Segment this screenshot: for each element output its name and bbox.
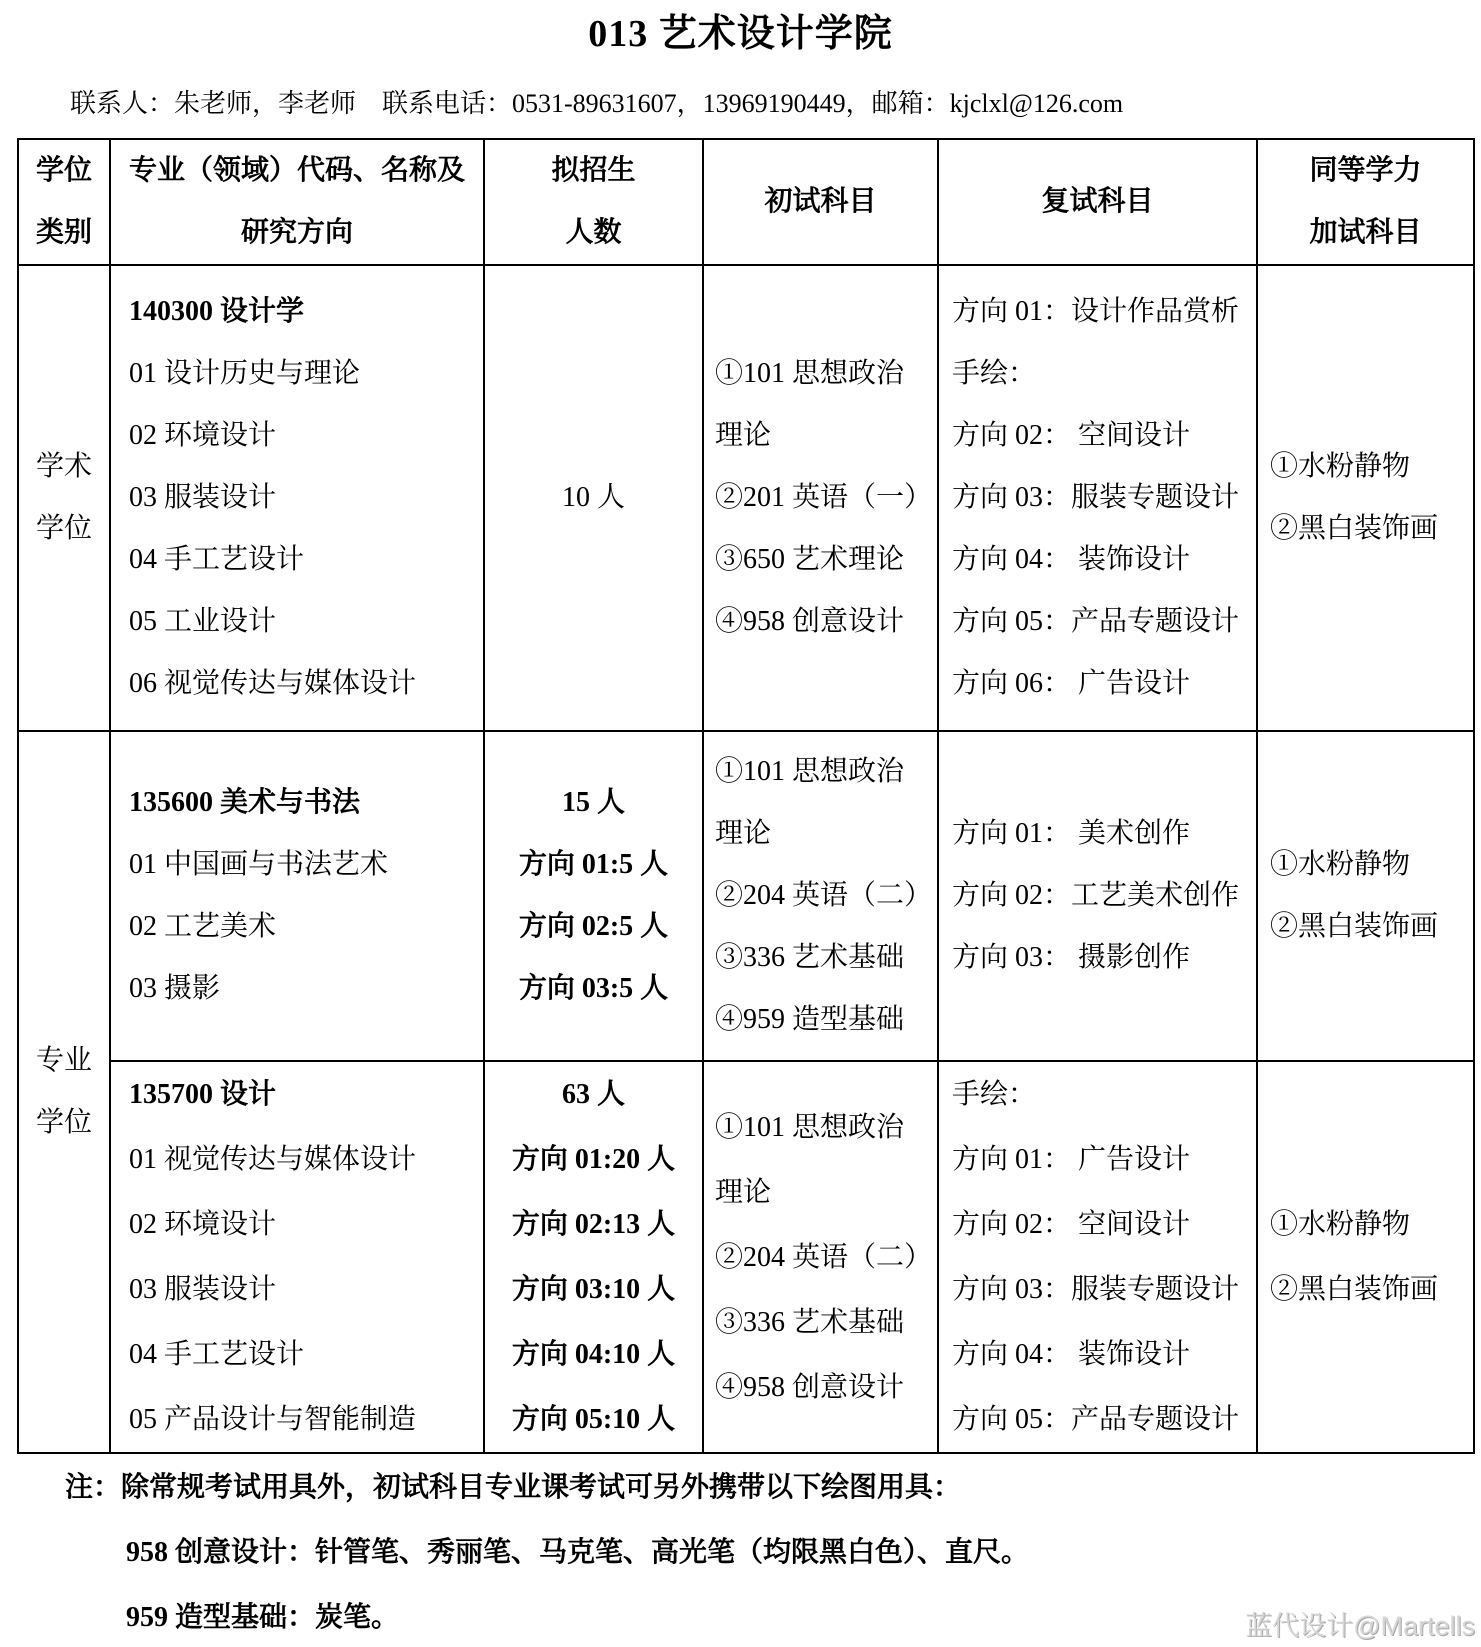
text-line: 人数 xyxy=(485,202,702,264)
text-line: ③650 艺术理论 xyxy=(715,529,937,591)
text-line: 06 视觉传达与媒体设计 xyxy=(129,653,483,715)
text-line: ①水粉静物 xyxy=(1270,1192,1473,1257)
text-line: 学位 xyxy=(19,1092,109,1154)
text-line: 02 环境设计 xyxy=(129,1192,483,1257)
text-line: 手绘： xyxy=(952,343,1256,405)
text-line: ④958 创意设计 xyxy=(715,591,937,653)
text-line: 03 服装设计 xyxy=(129,1257,483,1322)
text-line: 方向 04： 装饰设计 xyxy=(952,529,1256,591)
text-line: ②204 英语（二） xyxy=(715,865,937,927)
cell-degree-type-academic: 学术学位 xyxy=(18,265,110,731)
text-line: 加试科目 xyxy=(1258,202,1473,264)
text-line: 02 工艺美术 xyxy=(129,896,483,958)
cell-program-135600: 135600 美术与书法 01 中国画与书法艺术02 工艺美术03 摄影 xyxy=(110,731,484,1061)
text-line: 研究方向 xyxy=(111,202,483,264)
header-quota: 拟招生人数 xyxy=(484,139,703,265)
watermark: 蓝代设计@Martells xyxy=(1245,1604,1475,1643)
text-line: 方向 03:5 人 xyxy=(485,958,702,1020)
text-line: 初试科目 xyxy=(704,171,937,233)
cell-quota-135700: 63 人方向 01:20 人方向 02:13 人方向 03:10 人方向 04:… xyxy=(484,1061,703,1453)
text-line: 方向 02:5 人 xyxy=(485,896,702,958)
text-line: 05 工业设计 xyxy=(129,591,483,653)
text-line: 方向 03：服装专题设计 xyxy=(952,1257,1256,1322)
text-line: 专业 xyxy=(19,1030,109,1092)
text-line: 手绘： xyxy=(952,1062,1256,1127)
text-line: 理论 xyxy=(715,1160,937,1225)
text-line: 方向 01： 美术创作 xyxy=(952,803,1256,865)
text-line: 拟招生 xyxy=(485,140,702,202)
text-line: 方向 02:13 人 xyxy=(485,1192,702,1257)
text-line: ①101 思想政治 xyxy=(715,343,937,405)
table-header-row: 学位类别 专业（领域）代码、名称及研究方向 拟招生人数 初试科目 复试科目 同等… xyxy=(18,139,1474,265)
text-line: ②黑白装饰画 xyxy=(1270,896,1473,958)
text-line: 方向 04:10 人 xyxy=(485,1322,702,1387)
cell-program-135700: 135700 设计 01 视觉传达与媒体设计02 环境设计03 服装设计04 手… xyxy=(110,1061,484,1453)
table-row-academic-140300: 学术学位 140300 设计学 01 设计历史与理论02 环境设计03 服装设计… xyxy=(18,265,1474,731)
text-line: 方向 05：产品专题设计 xyxy=(952,591,1256,653)
cell-initial-exam-135700: ①101 思想政治理论②204 英语（二）③336 艺术基础④958 创意设计 xyxy=(703,1061,938,1453)
program-code: 135600 美术与书法 xyxy=(129,772,483,834)
text-line: 03 服装设计 xyxy=(129,467,483,529)
table-row-professional-135700: 135700 设计 01 视觉传达与媒体设计02 环境设计03 服装设计04 手… xyxy=(18,1061,1474,1453)
text-line: 理论 xyxy=(715,803,937,865)
text-line: 01 设计历史与理论 xyxy=(129,343,483,405)
text-line: 方向 02： 空间设计 xyxy=(952,1192,1256,1257)
cell-retest-135600: 方向 01： 美术创作方向 02：工艺美术创作方向 03： 摄影创作 xyxy=(938,731,1257,1061)
cell-equivalent-135600: ①水粉静物②黑白装饰画 xyxy=(1257,731,1474,1061)
note-general: 注：除常规考试用具外，初试科目专业课考试可另外携带以下绘图用具： xyxy=(65,1468,1481,1508)
text-line: 方向 02：工艺美术创作 xyxy=(952,865,1256,927)
text-line: ②204 英语（二） xyxy=(715,1225,937,1290)
text-line: ①水粉静物 xyxy=(1270,436,1473,498)
text-line: ②201 英语（一） xyxy=(715,467,937,529)
program-directions: 01 设计历史与理论02 环境设计03 服装设计04 手工艺设计05 工业设计0… xyxy=(129,343,483,715)
header-degree-type: 学位类别 xyxy=(18,139,110,265)
cell-retest-140300: 方向 01：设计作品赏析手绘：方向 02： 空间设计方向 03：服装专题设计方向… xyxy=(938,265,1257,731)
text-line: ④958 创意设计 xyxy=(715,1355,937,1420)
text-line: 理论 xyxy=(715,405,937,467)
header-program: 专业（领域）代码、名称及研究方向 xyxy=(110,139,484,265)
admissions-table: 学位类别 专业（领域）代码、名称及研究方向 拟招生人数 初试科目 复试科目 同等… xyxy=(17,138,1475,1454)
text-line: 学位 xyxy=(19,498,109,560)
text-line: 63 人 xyxy=(485,1062,702,1127)
text-line: 同等学力 xyxy=(1258,140,1473,202)
text-line: ①水粉静物 xyxy=(1270,834,1473,896)
header-retest: 复试科目 xyxy=(938,139,1257,265)
text-line: 01 中国画与书法艺术 xyxy=(129,834,483,896)
program-code: 135700 设计 xyxy=(129,1062,483,1127)
text-line: 03 摄影 xyxy=(129,958,483,1020)
text-line: ④959 造型基础 xyxy=(715,989,937,1051)
page-title: 013 艺术设计学院 xyxy=(0,10,1481,58)
cell-degree-type-professional: 专业学位 xyxy=(18,731,110,1453)
text-line: 04 手工艺设计 xyxy=(129,1322,483,1387)
header-initial-exam: 初试科目 xyxy=(703,139,938,265)
text-line: 方向 01：设计作品赏析 xyxy=(952,281,1256,343)
cell-quota-140300: 10 人 xyxy=(484,265,703,731)
text-line: 方向 04： 装饰设计 xyxy=(952,1322,1256,1387)
text-line: 15 人 xyxy=(485,772,702,834)
text-line: ②黑白装饰画 xyxy=(1270,1257,1473,1322)
program-code: 140300 设计学 xyxy=(129,281,483,343)
text-line: 方向 03:10 人 xyxy=(485,1257,702,1322)
text-line: 方向 03： 摄影创作 xyxy=(952,927,1256,989)
cell-quota-135600: 15 人方向 01:5 人方向 02:5 人方向 03:5 人 xyxy=(484,731,703,1061)
text-line: 05 产品设计与智能制造 xyxy=(129,1387,483,1452)
cell-initial-exam-135600: ①101 思想政治理论②204 英语（二）③336 艺术基础④959 造型基础 xyxy=(703,731,938,1061)
text-line: 方向 05：产品专题设计 xyxy=(952,1387,1256,1452)
text-line: 专业（领域）代码、名称及 xyxy=(111,140,483,202)
header-equivalent: 同等学力加试科目 xyxy=(1257,139,1474,265)
text-line: 方向 01:5 人 xyxy=(485,834,702,896)
cell-equivalent-140300: ①水粉静物②黑白装饰画 xyxy=(1257,265,1474,731)
text-line: 01 视觉传达与媒体设计 xyxy=(129,1127,483,1192)
program-directions: 01 视觉传达与媒体设计02 环境设计03 服装设计04 手工艺设计05 产品设… xyxy=(129,1127,483,1452)
text-line: 类别 xyxy=(19,202,109,264)
text-line: 复试科目 xyxy=(939,171,1256,233)
contact-info: 联系人：朱老师，李老师 联系电话：0531-89631607，139691904… xyxy=(70,86,1481,122)
text-line: 方向 01:20 人 xyxy=(485,1127,702,1192)
text-line: 学术 xyxy=(19,436,109,498)
text-line: 方向 05:10 人 xyxy=(485,1387,702,1452)
text-line: ③336 艺术基础 xyxy=(715,927,937,989)
text-line: 02 环境设计 xyxy=(129,405,483,467)
text-line: 方向 02： 空间设计 xyxy=(952,405,1256,467)
text-line: 方向 06： 广告设计 xyxy=(952,653,1256,715)
text-line: 方向 03：服装专题设计 xyxy=(952,467,1256,529)
cell-initial-exam-140300: ①101 思想政治理论②201 英语（一）③650 艺术理论④958 创意设计 xyxy=(703,265,938,731)
text-line: ②黑白装饰画 xyxy=(1270,498,1473,560)
cell-equivalent-135700: ①水粉静物②黑白装饰画 xyxy=(1257,1061,1474,1453)
text-line: 04 手工艺设计 xyxy=(129,529,483,591)
cell-retest-135700: 手绘：方向 01： 广告设计方向 02： 空间设计方向 03：服装专题设计方向 … xyxy=(938,1061,1257,1453)
text-line: ①101 思想政治 xyxy=(715,741,937,803)
text-line: 10 人 xyxy=(485,467,702,529)
table-row-professional-135600: 专业学位 135600 美术与书法 01 中国画与书法艺术02 工艺美术03 摄… xyxy=(18,731,1474,1061)
text-line: 学位 xyxy=(19,140,109,202)
note-958: 958 创意设计：针管笔、秀丽笔、马克笔、高光笔（均限黑白色）、直尺。 xyxy=(126,1533,1481,1573)
text-line: ③336 艺术基础 xyxy=(715,1290,937,1355)
text-line: ①101 思想政治 xyxy=(715,1095,937,1160)
program-directions: 01 中国画与书法艺术02 工艺美术03 摄影 xyxy=(129,834,483,1020)
text-line: 方向 01： 广告设计 xyxy=(952,1127,1256,1192)
cell-program-140300: 140300 设计学 01 设计历史与理论02 环境设计03 服装设计04 手工… xyxy=(110,265,484,731)
